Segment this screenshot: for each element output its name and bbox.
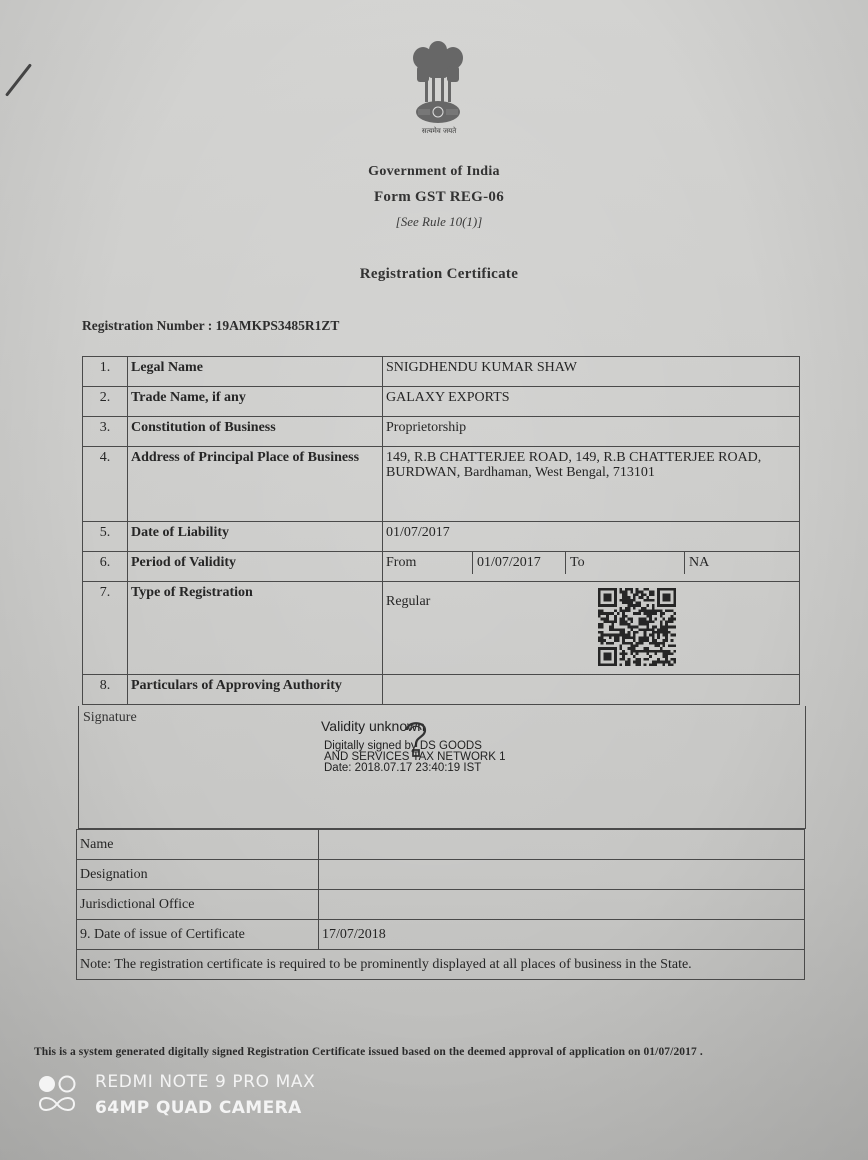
rule-reference: [See Rule 10(1)] [5,214,868,230]
row-label: Legal Name [128,357,383,387]
row-label: Particulars of Approving Authority [128,675,383,705]
table-row: 6. Period of Validity From 01/07/2017 To… [83,552,800,582]
row-label: Date of Liability [128,522,383,552]
authority-designation-value [319,860,805,890]
system-generated-footer: This is a system generated digitally sig… [34,1046,703,1058]
row-label: Address of Principal Place of Business [128,447,383,522]
row-label: Period of Validity [128,552,383,582]
table-row: Name [77,830,805,860]
row-label: Trade Name, if any [128,387,383,417]
row-number: 2. [83,387,128,417]
registration-number-value: 19AMKPS3485R1ZT [216,318,340,333]
registration-number-label: Registration Number : [82,318,212,333]
validity-from-value: 01/07/2017 [473,552,566,574]
table-row: 8. Particulars of Approving Authority [83,675,800,705]
date-of-liability-value: 01/07/2017 [383,522,800,552]
trade-name-value: GALAXY EXPORTS [383,387,800,417]
row-number: 3. [83,417,128,447]
signature-label: Signature [83,710,137,726]
validity-to-value: NA [685,555,709,571]
approving-authority-value [383,675,800,705]
qr-code-icon[interactable] [598,588,676,666]
table-row: Jurisdictional Office [77,890,805,920]
authority-designation-label: Designation [77,860,319,890]
row-label: Constitution of Business [128,417,383,447]
table-row: 4. Address of Principal Place of Busines… [83,447,800,522]
digital-signature-details: Digitally signed by DS GOODS AND SERVICE… [324,741,505,774]
constitution-value: Proprietorship [383,417,800,447]
table-row: 3. Constitution of Business Proprietorsh… [83,417,800,447]
validity-to-label: To [566,552,685,574]
table-row: Designation [77,860,805,890]
jurisdictional-office-value [319,890,805,920]
approving-authority-table: Name Designation Jurisdictional Office 9… [76,829,805,980]
authority-name-label: Name [77,830,319,860]
registration-number: Registration Number : 19AMKPS3485R1ZT [82,318,339,334]
emblem-motto: सत्यमेव जयते [405,127,473,136]
address-value: 149, R.B CHATTERJEE ROAD, 149, R.B CHATT… [383,447,800,522]
signature-date-line: Date: 2018.07.17 23:40:19 IST [324,763,505,774]
issue-date-value: 17/07/2018 [319,920,805,950]
registration-details-table: 1. Legal Name SNIGDHENDU KUMAR SHAW 2. T… [82,356,800,705]
authority-name-value [319,830,805,860]
table-row: 2. Trade Name, if any GALAXY EXPORTS [83,387,800,417]
national-emblem-icon [408,38,468,130]
camera-spec: 64MP QUAD CAMERA [95,1098,302,1118]
quad-camera-logo-icon [37,1074,79,1116]
legal-name-value: SNIGDHENDU KUMAR SHAW [383,357,800,387]
display-note: Note: The registration certificate is re… [77,950,805,980]
row-number: 6. [83,552,128,582]
row-number: 5. [83,522,128,552]
jurisdictional-office-label: Jurisdictional Office [77,890,319,920]
form-heading: Form GST REG-06 [5,189,868,206]
government-heading: Government of India [0,164,868,180]
issue-date-label: 9. Date of issue of Certificate [77,920,319,950]
table-row: Note: The registration certificate is re… [77,950,805,980]
table-row: 7. Type of Registration Regular [83,582,800,675]
row-number: 4. [83,447,128,522]
row-number: 8. [83,675,128,705]
table-row: 5. Date of Liability 01/07/2017 [83,522,800,552]
validity-period-cell: From 01/07/2017 To NA [383,552,800,582]
signature-box: Signature Validity unknown Digitally sig… [78,706,806,829]
row-number: 7. [83,582,128,675]
registration-type-cell: Regular [383,582,800,675]
row-number: 1. [83,357,128,387]
row-label: Type of Registration [128,582,383,675]
validity-from-label: From [386,552,473,574]
registration-type-value: Regular [386,594,796,610]
pen-mark [5,63,32,96]
table-row: 1. Legal Name SNIGDHENDU KUMAR SHAW [83,357,800,387]
certificate-title: Registration Certificate [5,266,868,283]
camera-model: REDMI NOTE 9 PRO MAX [95,1072,315,1092]
table-row: 9. Date of issue of Certificate 17/07/20… [77,920,805,950]
